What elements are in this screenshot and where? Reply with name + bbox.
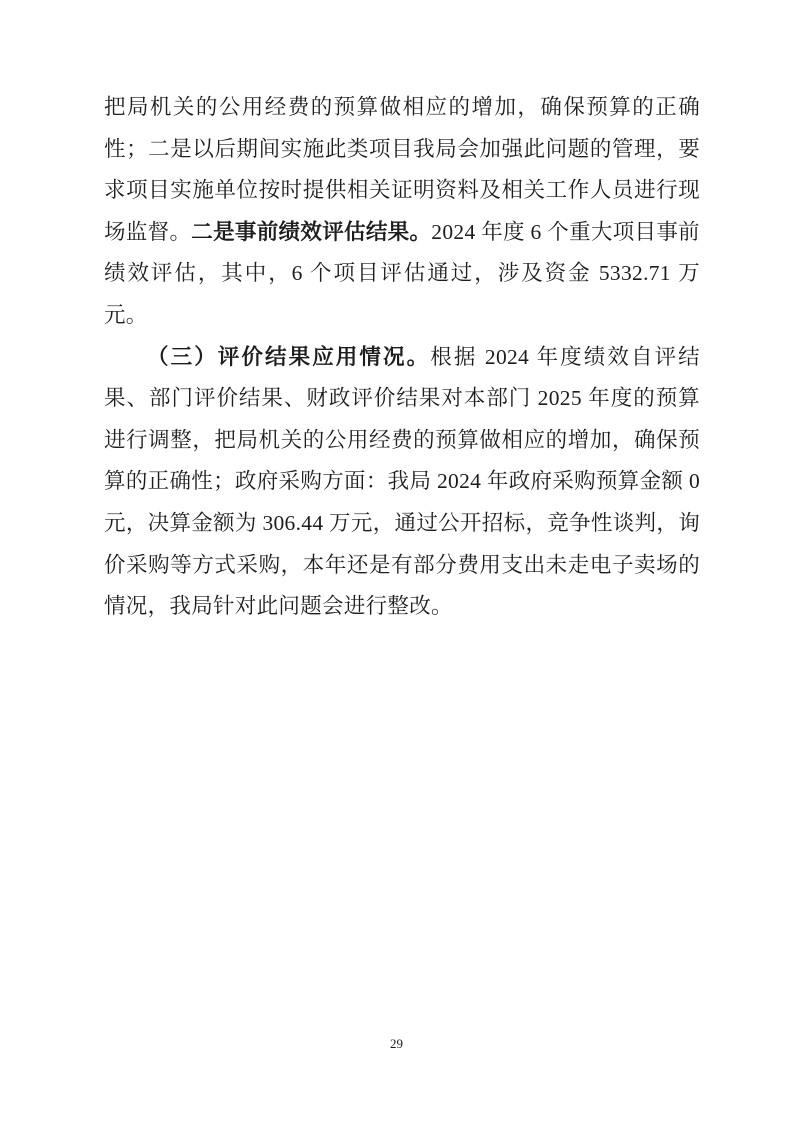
text-run: 根据 2024 年度绩效自评结果、部门评价结果、财政评价结果对本部门 2025 … (104, 345, 700, 619)
page-number: 29 (0, 1036, 793, 1052)
bold-inline-heading: 二是事前绩效评估结果。 (191, 220, 431, 244)
paragraph: （三）评价结果应用情况。根据 2024 年度绩效自评结果、部门评价结果、财政评价… (104, 337, 700, 628)
bold-inline-heading: （三）评价结果应用情况。 (147, 345, 430, 369)
document-page: 把局机关的公用经费的预算做相应的增加，确保预算的正确性；二是以后期间实施此类项目… (0, 0, 793, 1122)
paragraph: 把局机关的公用经费的预算做相应的增加，确保预算的正确性；二是以后期间实施此类项目… (104, 87, 700, 337)
document-body-text: 把局机关的公用经费的预算做相应的增加，确保预算的正确性；二是以后期间实施此类项目… (104, 87, 700, 628)
